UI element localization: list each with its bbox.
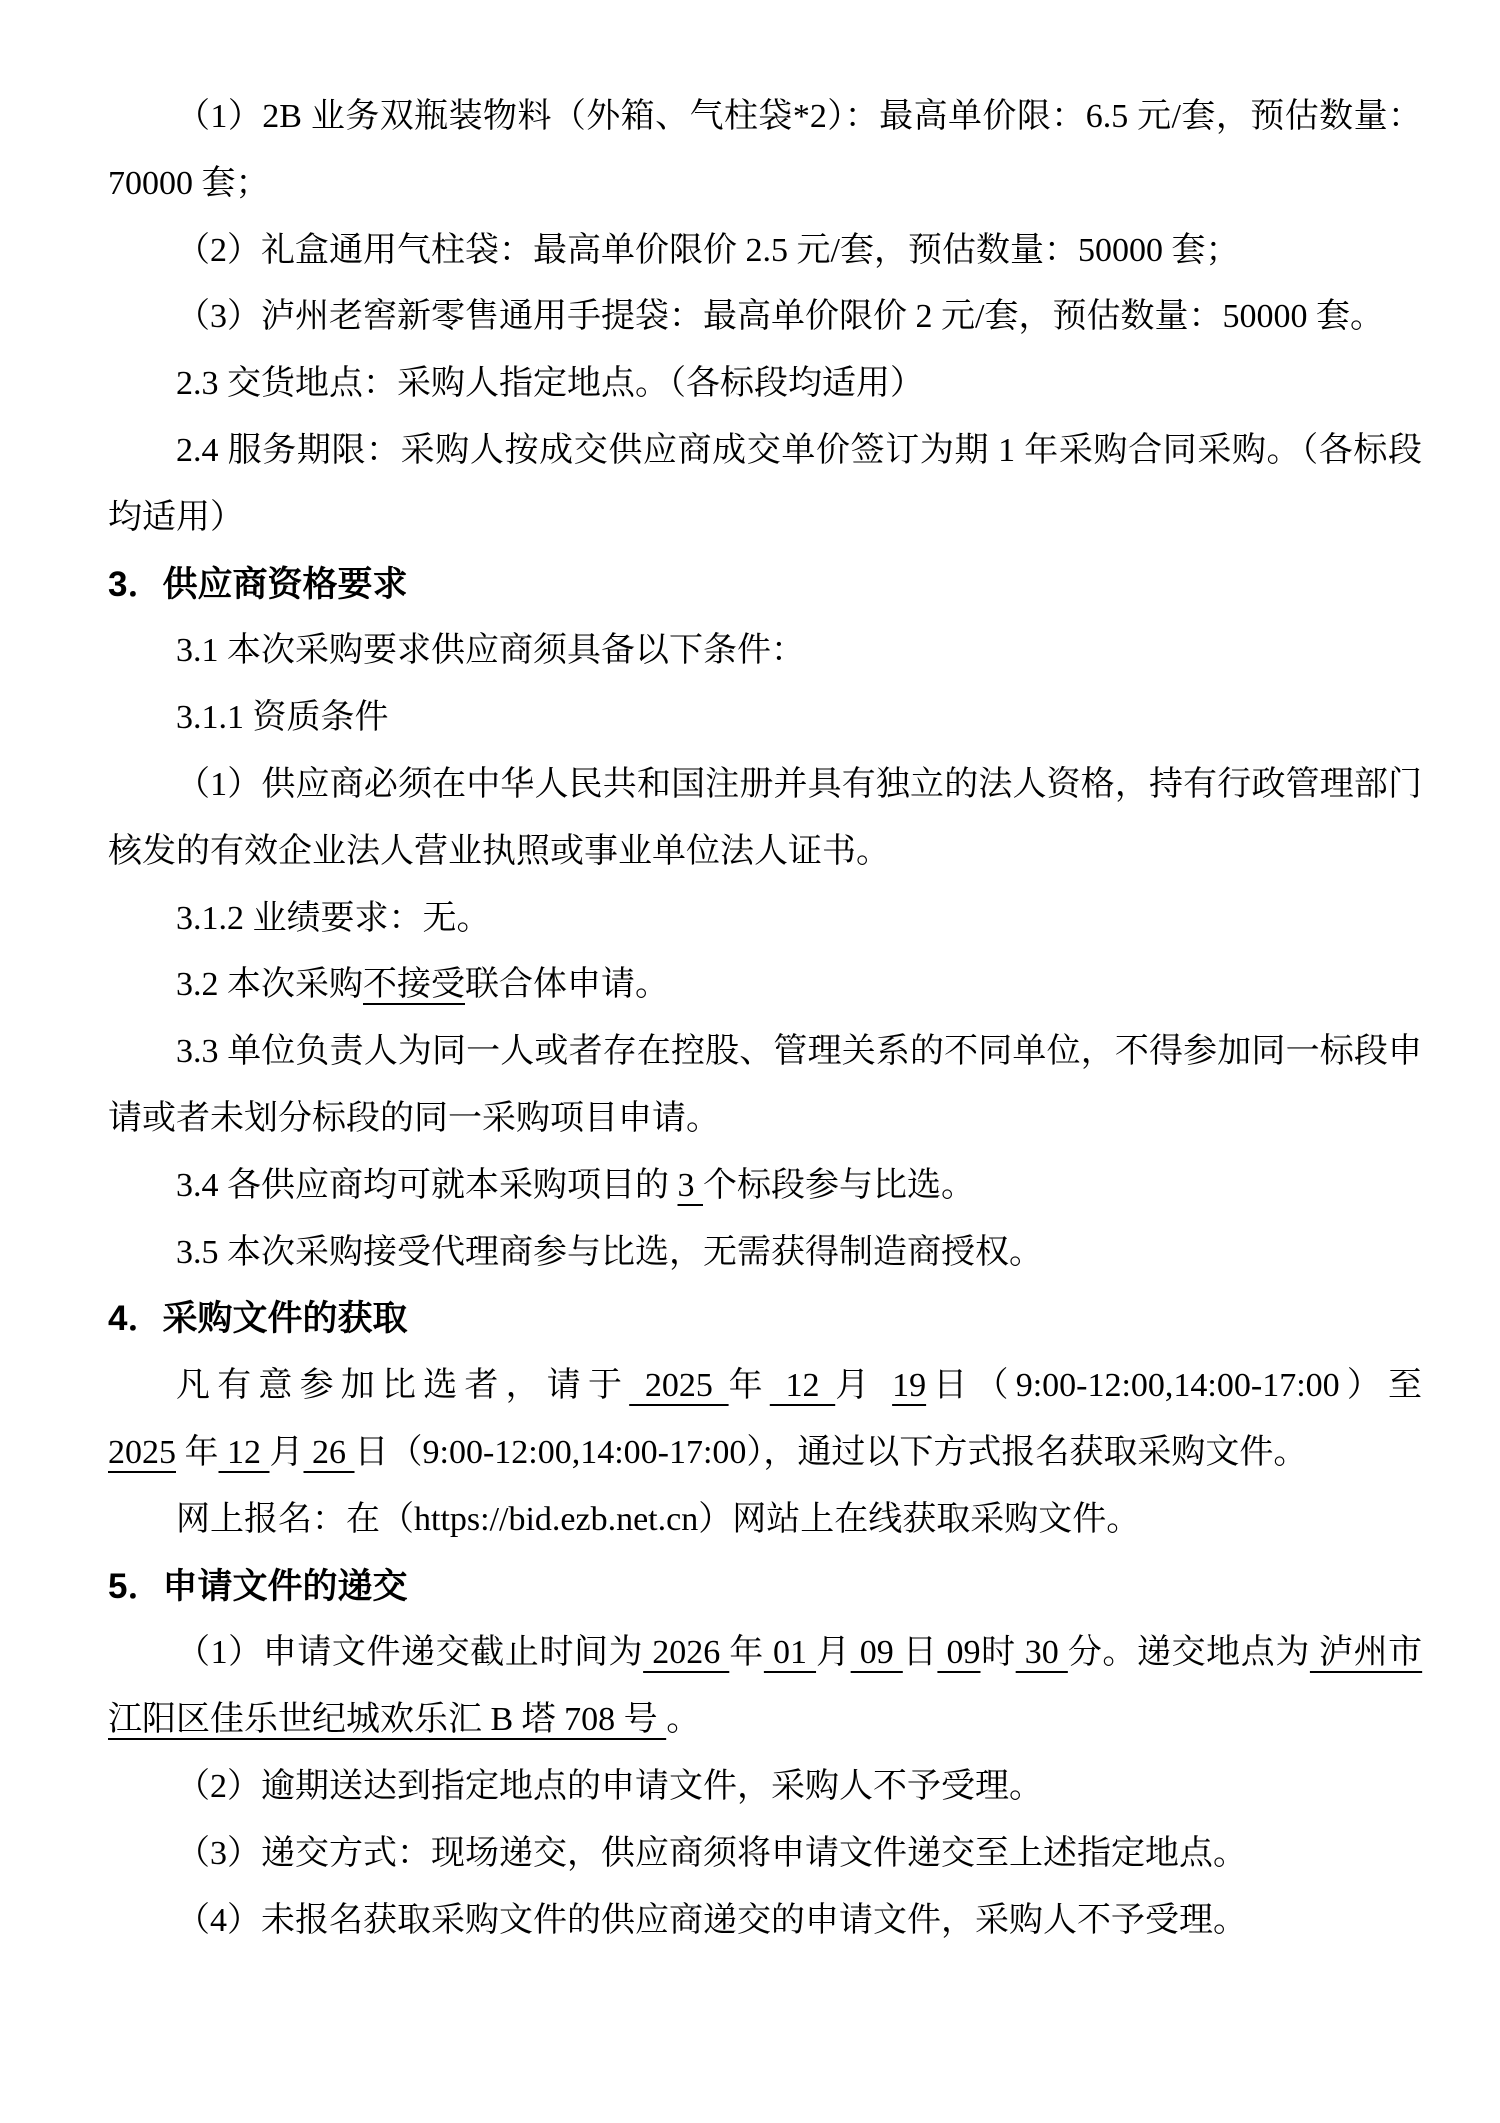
- para-overdue-rejected: （2）逾期送达到指定地点的申请文件，采购人不予受理。: [108, 1754, 1422, 1821]
- document-page: （1）2B 业务双瓶装物料（外箱、气柱袋*2）：最高单价限：6.5 元/套，预估…: [0, 0, 1500, 2123]
- text-run: 3.1 本次采购要求供应商须具备以下条件：: [176, 632, 805, 669]
- heading-4-document-acquisition: 4．采购文件的获取: [108, 1286, 1422, 1353]
- underlined-field-year: 2025: [629, 1367, 728, 1404]
- para-unregistered-rejected: （4）未报名获取采购文件的供应商递交的申请文件，采购人不予受理。: [108, 1888, 1422, 1955]
- heading-text: 4．采购文件的获取: [108, 1299, 407, 1338]
- text-run: 2.4 服务期限：采购人按成交供应商成交单价签订为期 1 年采购合同采购。（各标…: [108, 432, 1422, 536]
- para-2-4-service-term: 2.4 服务期限：采购人按成交供应商成交单价签订为期 1 年采购合同采购。（各标…: [108, 418, 1422, 552]
- para-3-1-2-performance: 3.1.2 业绩要求：无。: [108, 886, 1422, 953]
- text-run: 月: [835, 1367, 892, 1404]
- text-run: 个标段参与比选。: [703, 1167, 975, 1204]
- underlined-field-month: 12: [770, 1367, 835, 1404]
- underlined-field-minute: 30: [1016, 1634, 1068, 1671]
- para-3-4-lot-count: 3.4 各供应商均可就本采购项目的 3 个标段参与比选。: [108, 1153, 1422, 1220]
- text-run: 2.3 交货地点：采购人指定地点。（各标段均适用）: [176, 365, 924, 402]
- underlined-field-day: 09: [851, 1634, 903, 1671]
- text-run: 3.2 本次采购: [176, 966, 363, 1003]
- text-run: 日: [903, 1634, 938, 1671]
- text-run: 年: [729, 1367, 770, 1404]
- para-2-3-delivery-location: 2.3 交货地点：采购人指定地点。（各标段均适用）: [108, 351, 1422, 418]
- underlined-field-month: 12: [219, 1434, 270, 1471]
- text-run: （2）礼盒通用气柱袋：最高单价限价 2.5 元/套，预估数量：50000 套；: [176, 232, 1239, 269]
- para-3-1-1-item1-registration: （1）供应商必须在中华人民共和国注册并具有独立的法人资格，持有行政管理部门核发的…: [108, 752, 1422, 886]
- text-run: （1）2B 业务双瓶装物料（外箱、气柱袋*2）：最高单价限：6.5 元/套，预估…: [108, 98, 1422, 202]
- underlined-field-day: 26: [304, 1434, 355, 1471]
- underlined-field-hour: 09: [937, 1634, 980, 1671]
- para-submission-method: （3）递交方式：现场递交，供应商须将申请文件递交至上述指定地点。: [108, 1821, 1422, 1888]
- para-online-registration-url: 网上报名：在（https://bid.ezb.net.cn）网站上在线获取采购文…: [108, 1487, 1422, 1554]
- text-run: 网上报名：在（https://bid.ezb.net.cn）网站上在线获取采购文…: [176, 1501, 1140, 1538]
- text-run: 年: [176, 1434, 219, 1471]
- text-run: 3.4 各供应商均可就本采购项目的: [176, 1167, 678, 1204]
- para-3-5-agents-accepted: 3.5 本次采购接受代理商参与比选，无需获得制造商授权。: [108, 1220, 1422, 1287]
- para-submission-deadline: （1）申请文件递交截止时间为 2026 年 01 月 09 日 09时 30 分…: [108, 1620, 1422, 1754]
- text-run: 日（9:00-12:00,14:00-17:00），通过以下方式报名获取采购文件…: [355, 1434, 1308, 1471]
- text-run: 日（9:00-12:00,14:00-17:00）至: [926, 1367, 1422, 1404]
- para-lot1-2b-material: （1）2B 业务双瓶装物料（外箱、气柱袋*2）：最高单价限：6.5 元/套，预估…: [108, 84, 1422, 218]
- heading-text: 3．供应商资格要求: [108, 565, 407, 604]
- para-3-1-conditions: 3.1 本次采购要求供应商须具备以下条件：: [108, 618, 1422, 685]
- text-run: 年: [729, 1634, 764, 1671]
- text-run: 。: [666, 1701, 700, 1738]
- para-lot2-gift-box-bag: （2）礼盒通用气柱袋：最高单价限价 2.5 元/套，预估数量：50000 套；: [108, 218, 1422, 285]
- text-run: 3.1.2 业绩要求：无。: [176, 900, 491, 937]
- heading-5-application-submission: 5．申请文件的递交: [108, 1554, 1422, 1621]
- underlined-text: 不接受: [363, 966, 465, 1003]
- text-run: 凡有意参加比选者，请于: [176, 1367, 629, 1404]
- para-registration-period: 凡有意参加比选者，请于 2025 年 12 月 19日（9:00-12:00,1…: [108, 1353, 1422, 1487]
- text-run: （3）泸州老窖新零售通用手提袋：最高单价限价 2 元/套，预估数量：50000 …: [176, 298, 1384, 335]
- underlined-field-day: 19: [892, 1367, 926, 1404]
- underlined-field-year: 2025: [108, 1434, 176, 1471]
- heading-text: 5．申请文件的递交: [108, 1567, 407, 1606]
- text-run: 3.3 单位负责人为同一人或者存在控股、管理关系的不同单位，不得参加同一标段申请…: [108, 1033, 1422, 1137]
- underlined-field: 3: [678, 1167, 704, 1204]
- text-run: 月: [816, 1634, 851, 1671]
- underlined-field-month: 01: [764, 1634, 816, 1671]
- text-run: （4）未报名获取采购文件的供应商递交的申请文件，采购人不予受理。: [176, 1902, 1247, 1939]
- text-run: 时: [981, 1634, 1016, 1671]
- text-run: 3.1.1 资质条件: [176, 699, 389, 736]
- text-run: 月: [270, 1434, 304, 1471]
- text-run: 3.5 本次采购接受代理商参与比选，无需获得制造商授权。: [176, 1234, 1043, 1271]
- text-run: （2）逾期送达到指定地点的申请文件，采购人不予受理。: [176, 1768, 1043, 1805]
- text-run: 联合体申请。: [465, 966, 669, 1003]
- heading-3-supplier-qualification: 3．供应商资格要求: [108, 552, 1422, 619]
- para-3-3-same-person: 3.3 单位负责人为同一人或者存在控股、管理关系的不同单位，不得参加同一标段申请…: [108, 1019, 1422, 1153]
- text-run: 分。递交地点为: [1068, 1634, 1310, 1671]
- text-run: （1）供应商必须在中华人民共和国注册并具有独立的法人资格，持有行政管理部门核发的…: [108, 766, 1422, 870]
- para-lot3-handbag: （3）泸州老窖新零售通用手提袋：最高单价限价 2 元/套，预估数量：50000 …: [108, 284, 1422, 351]
- para-3-1-1-qualification: 3.1.1 资质条件: [108, 685, 1422, 752]
- underlined-field-year: 2026: [643, 1634, 729, 1671]
- para-3-2-no-consortium: 3.2 本次采购不接受联合体申请。: [108, 952, 1422, 1019]
- text-run: （1）申请文件递交截止时间为: [176, 1634, 643, 1671]
- text-run: （3）递交方式：现场递交，供应商须将申请文件递交至上述指定地点。: [176, 1835, 1247, 1872]
